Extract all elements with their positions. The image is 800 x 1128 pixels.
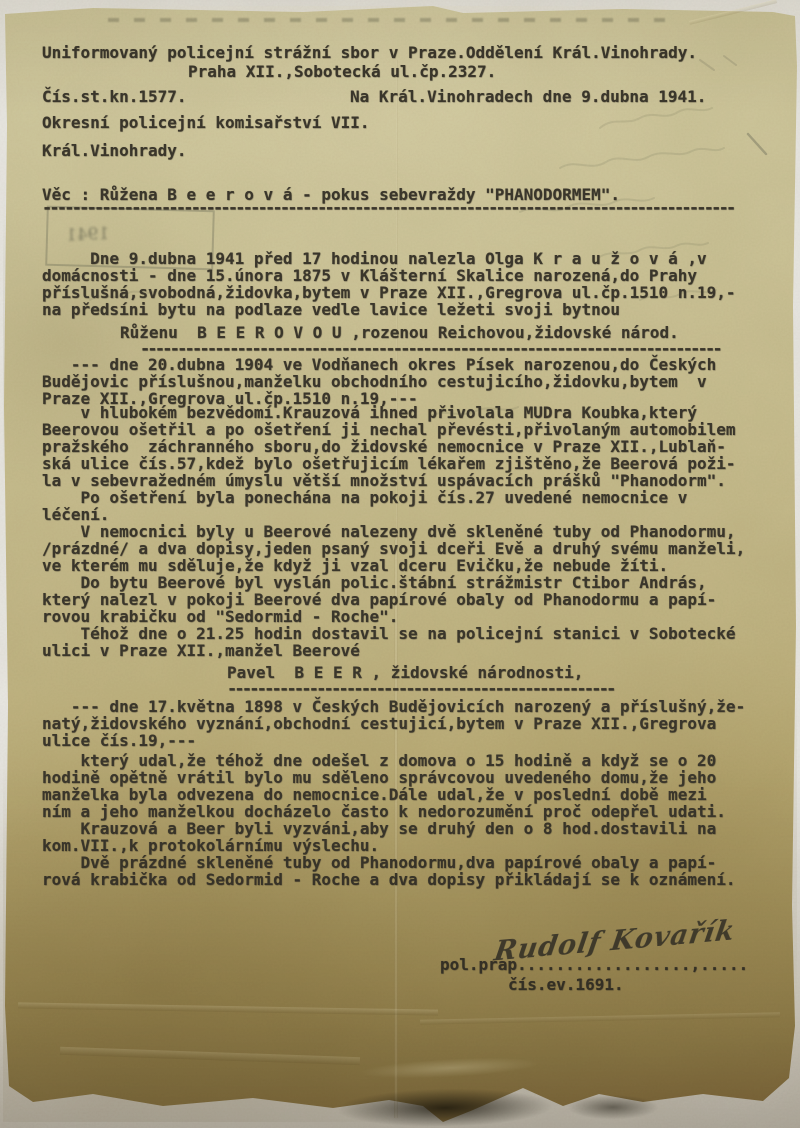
signature-dotted-line: .................,..... xyxy=(527,955,749,974)
text-line: --- dne 20.dubna 1904 ve Vodňanech okres… xyxy=(42,356,716,373)
text-line: Beerovou ošetřil a po ošetření ji nechal… xyxy=(42,421,736,438)
text-line: který nalezl v pokoji Beerové dva papíro… xyxy=(42,591,716,608)
text-line: v hlubokém bezvědomí.Krauzová ihned přiv… xyxy=(42,404,736,421)
paragraph-doctor: v hlubokém bezvědomí.Krauzová ihned přiv… xyxy=(42,404,736,489)
text-line: ulici v Praze XII.,manžel Beerové xyxy=(42,642,736,659)
text-line: hodině opětně vrátil bylo mu sděleno spr… xyxy=(42,769,736,786)
paragraph-apartment-search: Do bytu Beerové byl vyslán polic.štábní … xyxy=(42,574,716,625)
header-unit-line1: Uniformovaný policejní strážní sbor v Pr… xyxy=(42,44,697,61)
paragraph-husband-details: --- dne 17.května 1898 v Českých Budějov… xyxy=(42,698,745,749)
text-line: Dvě prázdné skleněné tuby od Phanodormu,… xyxy=(42,854,736,871)
divider-rule-2: ----------------------------------------… xyxy=(227,681,614,698)
text-line: na předsíni bytu na podlaze vedle lavice… xyxy=(42,301,736,318)
text-line: léčení. xyxy=(42,506,687,523)
text-line: /prázdné/ a dva dopisy,jeden psaný svoji… xyxy=(42,540,745,557)
text-line: pražského záchranného sboru,do židovské … xyxy=(42,438,736,455)
paragraph-hospital-room: Po ošetření byla ponechána na pokoji čís… xyxy=(42,489,687,523)
text-line: natý,židovského vyznání,obchodní cestuji… xyxy=(42,715,745,732)
text-line: Po ošetření byla ponechána na pokoji čís… xyxy=(42,489,687,506)
text-line: Krauzová a Beer byli vyzváni,aby se druh… xyxy=(42,820,736,837)
district-line: Král.Vinohrady. xyxy=(42,142,187,159)
paragraph-discovery: Dne 9.dubna 1941 před 17 hodinou nalezla… xyxy=(42,250,736,318)
text-line: ním a jeho manželkou docházelo často k n… xyxy=(42,803,736,820)
paragraph-victim-details: --- dne 20.dubna 1904 ve Vodňanech okres… xyxy=(42,356,716,407)
subject-underline: ----------------------------------------… xyxy=(42,200,733,217)
signature-rank: pol.prap. xyxy=(440,955,527,974)
badge-number: čís.ev.1691. xyxy=(508,976,624,993)
text-line: V nemocnici byly u Beerové nalezeny dvě … xyxy=(42,523,745,540)
signature-line: pol.prap..................,..... xyxy=(440,956,748,973)
text-line: ve kterém mu sděluje,že když ji vzal dce… xyxy=(42,557,745,574)
paragraph-letters-found: V nemocnici byly u Beerové nalezeny dvě … xyxy=(42,523,745,574)
text-line: Téhož dne o 21.25 hodin dostavil se na p… xyxy=(42,625,736,642)
dateline: Na Král.Vinohradech dne 9.dubna 1941. xyxy=(350,88,706,105)
text-line: manželka byla odvezena do nemocnice.Dále… xyxy=(42,786,736,803)
text-line: který udal,že téhož dne odešel z domova … xyxy=(42,752,736,769)
text-line: rová krabička od Sedormid - Roche a dva … xyxy=(42,871,736,888)
text-line: kom.VII.,k protokolárnímu výslechu. xyxy=(42,837,736,854)
text-line: --- dne 17.května 1898 v Českých Budějov… xyxy=(42,698,745,715)
text-line: la v sebevražedném úmyslu větší množství… xyxy=(42,472,736,489)
text-line: Budějovic příslušnou,manželku obchodního… xyxy=(42,373,716,390)
paragraph-husband-arrival: Téhož dne o 21.25 hodin dostavil se na p… xyxy=(42,625,736,659)
paragraph-statement-evidence: který udal,že téhož dne odešel z domova … xyxy=(42,752,736,888)
text-line: ulice čís.19,--- xyxy=(42,732,745,749)
scanned-police-report: { "palette": { "backing": "#e9e8e4", "pa… xyxy=(0,0,800,1128)
text-line: rovou krabičku od "Sedormid - Roche". xyxy=(42,608,716,625)
file-number: Čís.st.kn.1577. xyxy=(42,88,187,105)
header-unit-line2: Praha XII.,Sobotecká ul.čp.2327. xyxy=(188,63,496,80)
text-line: příslušná,svobodná,židovka,bytem v Praze… xyxy=(42,284,736,301)
text-line: ská ulice čís.57,kdež bylo ošetřujicím l… xyxy=(42,455,736,472)
office-line: Okresní policejní komisařství VII. xyxy=(42,114,370,131)
text-line: domácnosti - dne 15.února 1875 v Klášter… xyxy=(42,267,736,284)
text-line: Do bytu Beerové byl vyslán polic.štábní … xyxy=(42,574,716,591)
text-line: Dne 9.dubna 1941 před 17 hodinou nalezla… xyxy=(42,250,736,267)
